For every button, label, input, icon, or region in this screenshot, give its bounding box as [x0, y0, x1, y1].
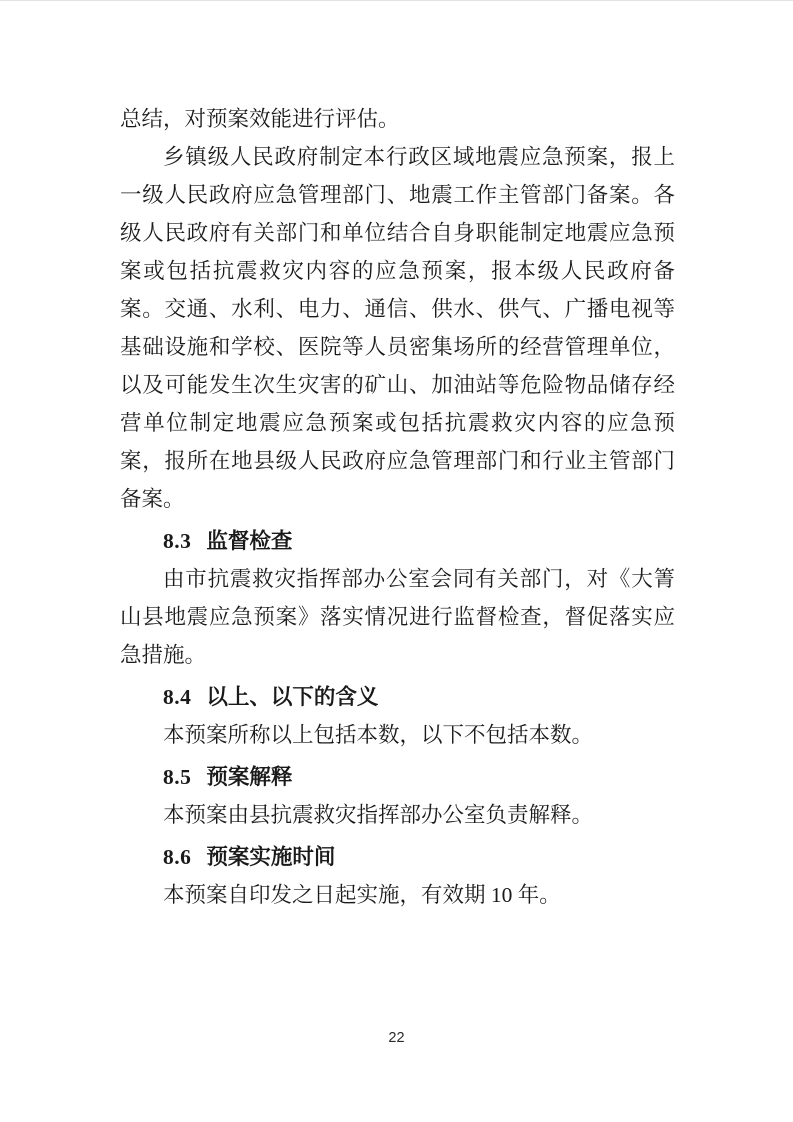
section-heading: 8.6预案实施时间: [120, 838, 675, 876]
section-heading: 8.4以上、以下的含义: [120, 678, 675, 716]
section-title: 以上、以下的含义: [206, 685, 378, 709]
section-number: 8.5: [163, 765, 191, 789]
paragraph: 乡镇级人民政府制定本行政区域地震应急预案，报上一级人民政府应急管理部门、地震工作…: [120, 138, 675, 518]
section-heading: 8.3监督检查: [120, 522, 675, 560]
section-title: 预案解释: [206, 765, 292, 789]
paragraph: 总结，对预案效能进行评估。: [120, 100, 675, 138]
document-page: 总结，对预案效能进行评估。乡镇级人民政府制定本行政区域地震应急预案，报上一级人民…: [0, 0, 793, 1122]
section-number: 8.6: [163, 845, 191, 869]
section-number: 8.3: [163, 529, 191, 553]
paragraph: 本预案由县抗震救灾指挥部办公室负责解释。: [120, 796, 675, 834]
section-title: 监督检查: [206, 529, 292, 553]
page-number: 22: [0, 1030, 793, 1046]
section-heading: 8.5预案解释: [120, 758, 675, 796]
section-title: 预案实施时间: [206, 845, 335, 869]
paragraph: 由市抗震救灾指挥部办公室会同有关部门，对《大箐山县地震应急预案》落实情况进行监督…: [120, 560, 675, 674]
paragraph: 本预案自印发之日起实施，有效期 10 年。: [120, 876, 675, 914]
document-body: 总结，对预案效能进行评估。乡镇级人民政府制定本行政区域地震应急预案，报上一级人民…: [120, 100, 675, 914]
section-number: 8.4: [163, 685, 191, 709]
paragraph: 本预案所称以上包括本数，以下不包括本数。: [120, 716, 675, 754]
